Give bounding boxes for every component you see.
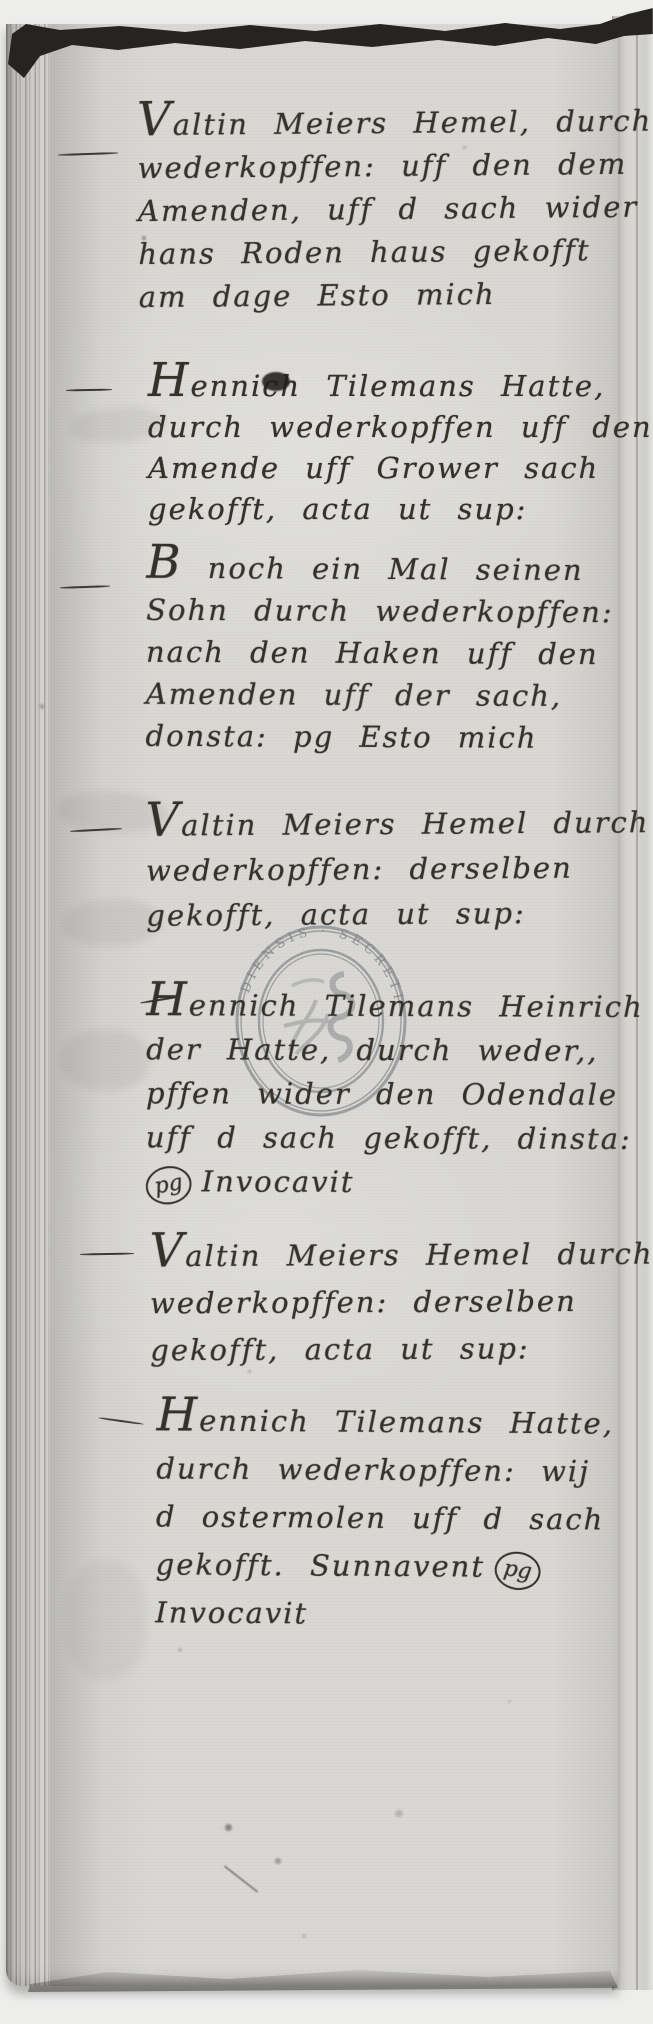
handwriting-line: d ostermolen uff d sach [156,1492,636,1543]
handwriting-word: Invocavit [202,1164,355,1199]
handwriting-line: nach den Haken uff den [146,631,626,676]
register-entry: Hennich Tilemans Hatte, durch wederkopff… [148,366,628,530]
handwriting-line: gekofft. Sunnaventpg [156,1540,636,1591]
paper-speck [40,704,44,709]
show-through-smudge [60,1030,150,1090]
handwriting-line: wederkopffen: uff den dem [137,143,617,190]
register-entry: Valtin Meiers Hemel, durch wederkopffen:… [137,100,619,319]
handwriting-line: B noch ein Mal seinen [146,547,626,592]
register-entry: Hennich Tilemans Hatte, durch wederkopff… [155,1396,637,1639]
manuscript-scan: · DIENSIS · SECRETI · Valtin Meiers Heme… [0,0,653,2024]
register-entry: Hennich Tilemans Heinrich der Hatte, dur… [146,983,627,1206]
flourish-circle: pg [492,1549,543,1593]
handwriting-line: Amenden, uff d sach wider [138,186,618,233]
binding-page-edges [6,24,50,1986]
handwriting-line: Sohn durch wederkopffen: [146,589,626,634]
paper-speck [463,146,466,149]
handwriting-line: hans Roden haus gekofft [138,229,618,276]
register-entry: Valtin Meiers Hemel durch wederkopffen: … [150,1231,631,1375]
handwriting-line: durch wederkopffen: wij [156,1444,636,1495]
handwriting-line: der Hatte, durch weder,, [146,1027,626,1073]
handwriting-line: Amenden uff der sach, [146,673,626,718]
handwriting-line: Hennich Tilemans Hatte, [148,366,628,407]
handwriting-word: gekofft. Sunnavent [156,1547,486,1583]
ink-blot [262,372,290,391]
handwriting-line: gekofft, acta ut sup: [150,1325,630,1375]
paper-speck [508,1700,511,1703]
paper-speck [248,1370,251,1373]
handwriting-line: Hennich Tilemans Heinrich [146,983,626,1029]
handwriting-line: Valtin Meiers Hemel, durch [137,100,617,147]
handwriting-line: pffen wider den Odendale [146,1071,626,1117]
handwriting-line: donsta: pg Esto mich [145,715,625,760]
handwriting-line: am dage Esto mich [139,272,619,319]
handwriting-line: gekofft, acta ut sup: [148,489,628,530]
register-entry: B noch ein Mal seinen Sohn durch wederko… [145,547,626,760]
register-entry: Valtin Meiers Hemel durch wederkopffen: … [146,800,627,938]
paper-speck [395,1810,403,1817]
handwriting-line: wederkopffen: derselben [146,845,626,893]
handwriting-line: pgInvocavit [146,1159,626,1206]
paper-speck [225,1824,232,1831]
flourish-circle: pg [143,1163,195,1208]
handwriting-line: Valtin Meiers Hemel durch [150,1231,630,1281]
paper-speck [178,1648,182,1652]
handwriting-line: gekofft, acta ut sup: [146,890,626,938]
handwriting-line: durch wederkopffen uff den [148,407,628,448]
paper-speck [142,236,146,240]
show-through-smudge [64,1560,148,1680]
handwriting-line: Hennich Tilemans Hatte, [157,1396,637,1447]
handwriting-line: Valtin Meiers Hemel durch [146,800,626,848]
handwriting-line: wederkopffen: derselben [150,1278,630,1328]
handwriting-line: Amende uff Grower sach [148,448,628,489]
handwriting-line: uff d sach gekofft, dinsta: [146,1115,626,1161]
paper-speck [275,1858,281,1864]
paper-speck [302,1934,306,1938]
handwriting-line: Invocavit [155,1588,635,1639]
